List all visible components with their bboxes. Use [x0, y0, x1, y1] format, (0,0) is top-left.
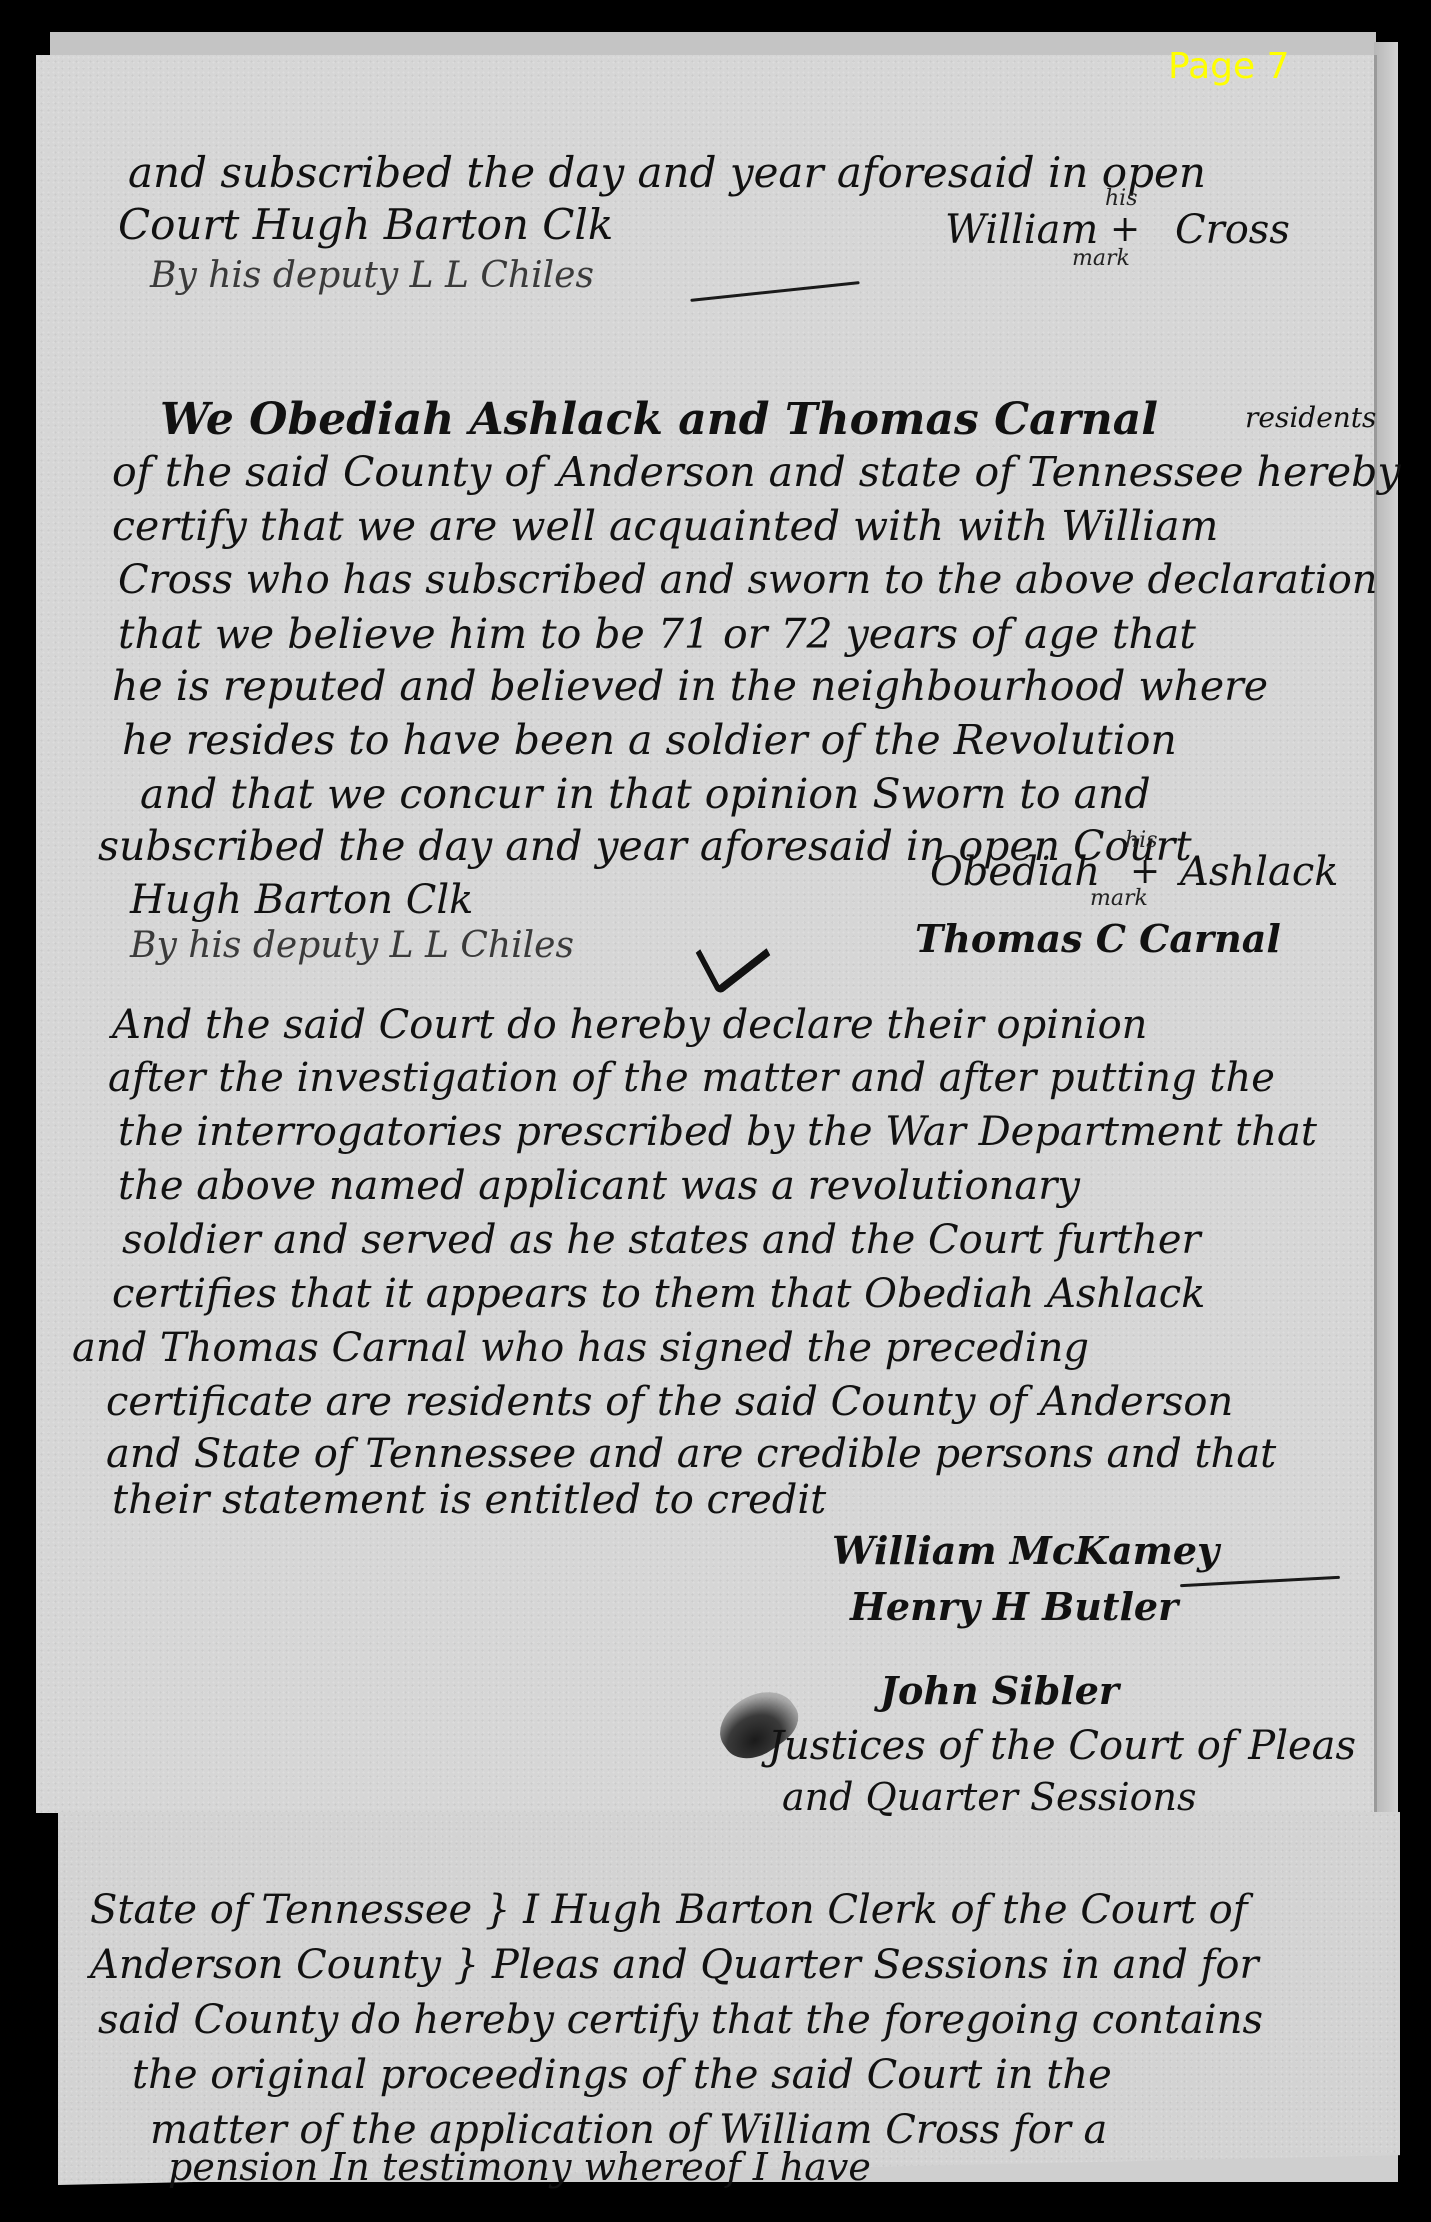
signature-last-name: Ashlack — [1180, 852, 1338, 892]
sheet-right-fold — [1374, 42, 1398, 1832]
clerk-line: Court Hugh Barton Clk — [118, 204, 613, 246]
deputy-signature: By his deputy L L Chiles — [130, 928, 574, 964]
signature-last-name: Cross — [1175, 210, 1290, 250]
handwritten-line: We Obediah Ashlack and Thomas Carnal — [160, 398, 1158, 442]
deputy-line: By his deputy L L Chiles — [150, 258, 594, 294]
handwritten-line: and subscribed the day and year aforesai… — [128, 152, 1206, 194]
handwritten-line: their statement is entitled to credit — [112, 1480, 826, 1520]
handwritten-line: the above named applicant was a revoluti… — [118, 1166, 1080, 1206]
handwritten-line: And the said Court do hereby declare the… — [112, 1005, 1147, 1045]
handwritten-line: and State of Tennessee and are credible … — [106, 1434, 1276, 1474]
handwritten-line: soldier and served as he states and the … — [122, 1220, 1201, 1260]
his-label: his — [1125, 830, 1158, 852]
mark-cross-icon: + — [1130, 854, 1160, 890]
his-label: his — [1105, 188, 1138, 210]
handwritten-line: the interrogatories prescribed by the Wa… — [118, 1112, 1317, 1152]
justices-title-line1: Justices of the Court of Pleas — [768, 1726, 1356, 1766]
handwritten-line: the original proceedings of the said Cou… — [132, 2055, 1112, 2095]
handwritten-line: State of Tennessee } I Hugh Barton Clerk… — [90, 1890, 1248, 1930]
mark-label: mark — [1090, 888, 1148, 910]
mark-cross-icon: + — [1110, 212, 1140, 248]
clerk-signature: Hugh Barton Clk — [130, 880, 473, 920]
signature-thomas-carnal: Thomas C Carnal — [915, 920, 1281, 958]
handwritten-line: certify that we are well acquainted with… — [112, 506, 1218, 547]
handwritten-line: he resides to have been a soldier of the… — [122, 720, 1177, 761]
handwritten-line: certificate are residents of the said Co… — [106, 1382, 1233, 1422]
handwritten-line: said County do hereby certify that the f… — [98, 2000, 1263, 2040]
handwritten-line: he is reputed and believed in the neighb… — [112, 666, 1268, 707]
handwritten-line: that we believe him to be 71 or 72 years… — [118, 614, 1196, 655]
signature-john-sibler: John Sibler — [880, 1672, 1119, 1710]
handwritten-line: Anderson County } Pleas and Quarter Sess… — [90, 1945, 1259, 1985]
mark-label: mark — [1072, 248, 1130, 270]
handwritten-line: Cross who has subscribed and sworn to th… — [118, 560, 1378, 600]
handwritten-line: pension In testimony whereof I have — [168, 2148, 871, 2186]
handwritten-line: and that we concur in that opinion Sworn… — [140, 774, 1151, 815]
handwritten-word: residents — [1245, 404, 1376, 432]
page-number-label: Page 7 — [1168, 46, 1290, 87]
handwritten-line: matter of the application of William Cro… — [150, 2110, 1107, 2150]
signature-william-mckamey: William McKamey — [832, 1532, 1219, 1570]
handwritten-line: after the investigation of the matter an… — [108, 1058, 1275, 1098]
signature-first-name: Obediah — [930, 852, 1100, 892]
signature-first-name: William — [945, 210, 1098, 250]
justices-title-line2: and Quarter Sessions — [782, 1778, 1197, 1816]
signature-henry-butler: Henry H Butler — [850, 1588, 1178, 1626]
handwritten-line: of the said County of Anderson and state… — [112, 452, 1401, 493]
handwritten-line: certifies that it appears to them that O… — [112, 1274, 1205, 1314]
handwritten-line: and Thomas Carnal who has signed the pre… — [72, 1328, 1089, 1368]
